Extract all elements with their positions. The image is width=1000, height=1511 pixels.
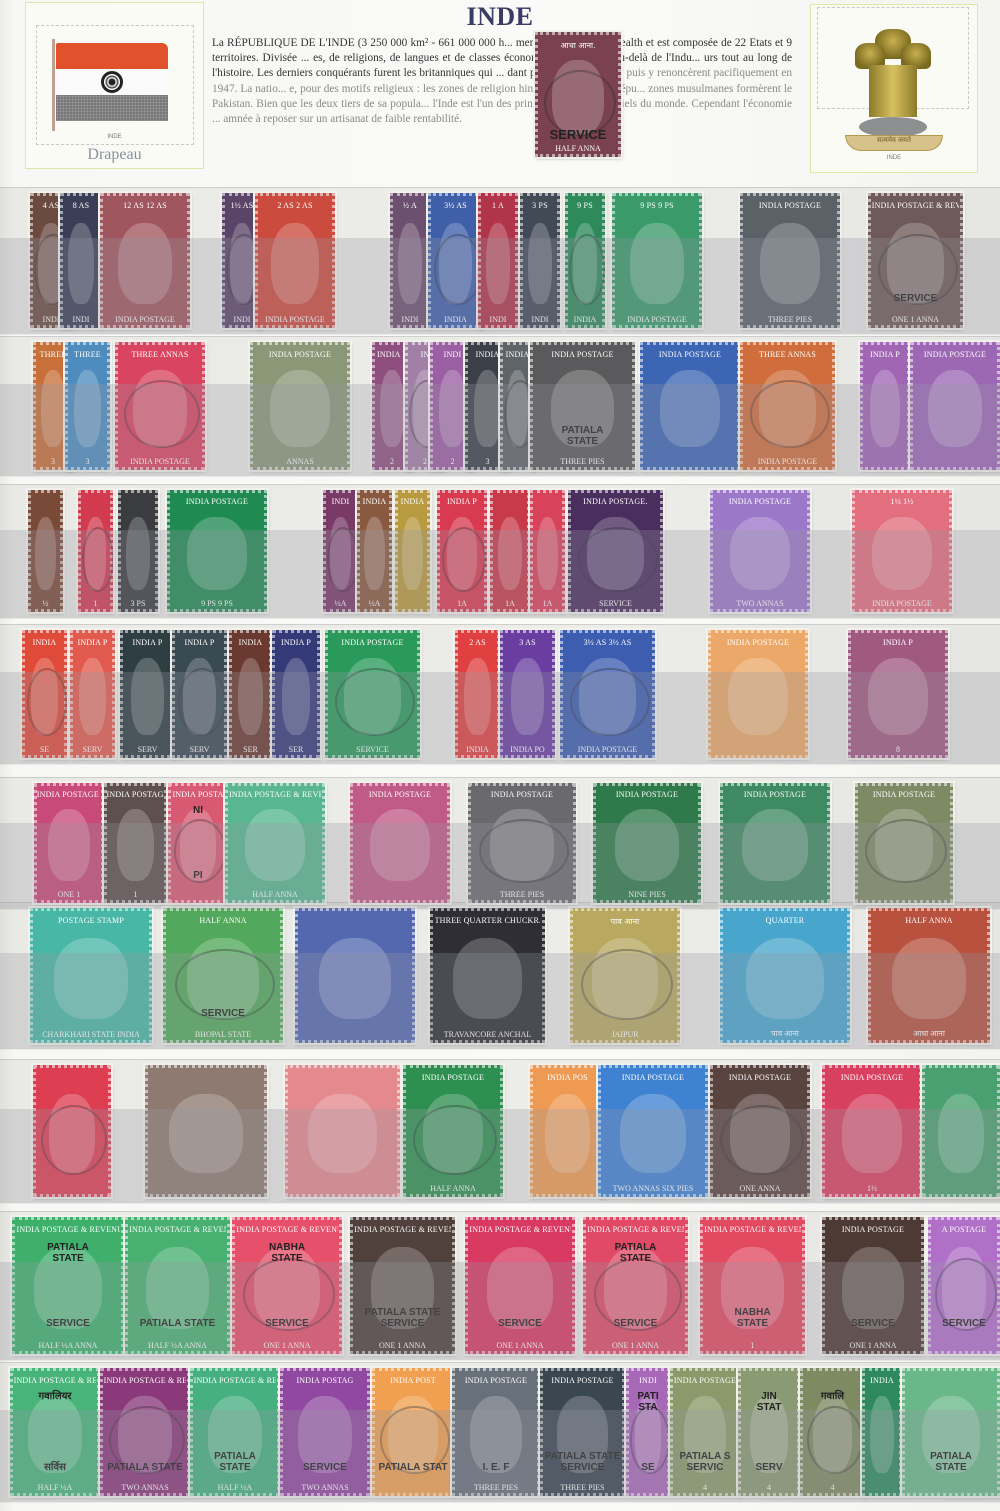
postmark bbox=[578, 527, 658, 592]
stamp: QUARTERपाव आना bbox=[720, 908, 850, 1043]
stamp-value-text: 4 bbox=[800, 1483, 865, 1492]
stamp-value-text: THREE PIES bbox=[468, 890, 576, 899]
stamp: INDIA POSTAGE bbox=[708, 630, 808, 758]
stamp: INDIA POSTAGE1½ bbox=[822, 1065, 922, 1197]
postmark bbox=[750, 380, 830, 448]
postmark bbox=[335, 668, 415, 736]
stamp: INDIA POSTAGE9 PS 9 PS bbox=[167, 490, 267, 612]
stamp-portrait bbox=[868, 658, 928, 735]
stamp: 3 ASINDIA PO bbox=[500, 630, 555, 758]
stamp-overprint-bottom: PATIALA STATE bbox=[902, 1451, 1000, 1473]
stamp-portrait bbox=[282, 658, 311, 735]
stamp-header-text: INDIA POSTAGE & REVENUE bbox=[229, 790, 321, 799]
stamp-header-text: INDIA POSTAGE bbox=[714, 1073, 806, 1082]
stamp-header-text: INDIA POSTAGE & REVENUE bbox=[129, 1225, 226, 1234]
stamp-overprint-top: NI bbox=[168, 805, 228, 816]
stamp-header-text: INDIA POSTAGE & bbox=[37, 790, 101, 799]
stamp-value-text: 3 bbox=[65, 457, 110, 466]
stamp-overprint-bottom: SERVICE bbox=[465, 1318, 575, 1329]
lion-capital-emblem-icon: सत्यमेव जयते bbox=[853, 27, 933, 125]
stamp: 9 PSINDIA bbox=[565, 193, 605, 328]
stamp-portrait bbox=[308, 1094, 377, 1173]
india-flag-icon bbox=[56, 43, 168, 121]
stamp-portrait bbox=[498, 517, 522, 590]
stamp: INDIA POSTAGE.SERVICE bbox=[568, 490, 663, 612]
postmark bbox=[27, 668, 67, 736]
stamp-header-text: INDIA P bbox=[852, 638, 944, 647]
stamp-value-text: SERVICE bbox=[325, 745, 420, 754]
emblem-card: सत्यमेव जयते INDE bbox=[810, 4, 978, 173]
stamp-overprint-top: PATIALA STATE bbox=[12, 1242, 124, 1264]
stamp: INDIA POSTAGE bbox=[640, 342, 740, 470]
stamp: 1½ 1½INDIA POSTAGE bbox=[852, 490, 952, 612]
stamp: INDIA POSTANIPI bbox=[168, 783, 228, 903]
stamp: INDIA POSTAGE &ONE 1 bbox=[34, 783, 104, 903]
stamp-overprint-bottom: PATIALA STATE bbox=[190, 1451, 280, 1473]
stamp: INDIPATI STASE bbox=[626, 1368, 670, 1496]
stamp bbox=[33, 1065, 111, 1197]
stamp: INDIA POSTAGEPATIALA STATE SERVICETHREE … bbox=[540, 1368, 625, 1496]
stamp: 2 ASINDIA bbox=[455, 630, 500, 758]
stamp-value-text: TWO ANNAS bbox=[100, 1483, 190, 1492]
stamp-value-text: 1A bbox=[437, 599, 487, 608]
stamp: पाव आनाJAIPUR bbox=[570, 908, 680, 1043]
stamp-header-text: 3½ AS bbox=[430, 201, 481, 210]
stamp-header-text: INDIA POSTAGE bbox=[826, 1073, 918, 1082]
stamp: INDI½A bbox=[323, 490, 358, 612]
stamp-overprint-bottom: PATIALA STAT bbox=[372, 1462, 454, 1473]
stamp-header-text: INDIA POSTAGE & REVENUE bbox=[16, 1225, 119, 1234]
stamp: INDIA POSTAGETHREE PIES bbox=[740, 193, 840, 328]
stamp-portrait bbox=[74, 370, 101, 447]
stamp-portrait bbox=[928, 370, 982, 447]
stamp-header-text: INDIA POSTAGE bbox=[543, 1376, 621, 1385]
stamp-overprint-bottom: SERVICE bbox=[583, 1318, 688, 1329]
stamp: INDIA POSTAGESERVICE bbox=[325, 630, 420, 758]
abacus-icon bbox=[859, 117, 927, 137]
stamp-portrait bbox=[870, 370, 900, 447]
stamp-portrait bbox=[380, 370, 404, 447]
stamp-header-text: INDIA bbox=[864, 1376, 901, 1385]
stamp-portrait bbox=[271, 223, 319, 304]
stamp-value-text: HALF ANNA bbox=[403, 1184, 503, 1193]
stamp-portrait bbox=[118, 223, 172, 304]
stamp bbox=[285, 1065, 400, 1197]
stamp-portrait bbox=[870, 1396, 894, 1473]
stamp: THREE3 bbox=[65, 342, 110, 470]
stamp-header-text: 9 PS bbox=[567, 201, 604, 210]
stamp-overprint-bottom: PATIALA STATE SERVICE bbox=[350, 1307, 455, 1329]
stamp: ½ AINDI bbox=[390, 193, 430, 328]
stamp: 12 AS 12 ASINDIA POSTAGE bbox=[100, 193, 190, 328]
stamp-header-text: HALF ANNA bbox=[168, 916, 278, 925]
stamp-header-text: QUARTER bbox=[725, 916, 845, 925]
pillar-icon bbox=[869, 65, 917, 117]
stamp-overprint-bottom: SERVICE bbox=[822, 1318, 924, 1329]
stamp: HALF ANNASERVICEBHOPAL STATE bbox=[163, 908, 283, 1043]
stamp: INDIA POSTAGETHREE PIES bbox=[468, 783, 576, 903]
flag-band-green bbox=[56, 95, 168, 121]
stamp-header-text: INDIA POSTAGE & REVENUE bbox=[236, 1225, 337, 1234]
stamp-value-text: ONE 1 ANNA bbox=[822, 1341, 924, 1350]
stamp: INDIA POSTAGENINE PIES bbox=[593, 783, 701, 903]
stamp-overprint-bottom: PATIALA STATE bbox=[125, 1318, 230, 1329]
stamp-header-text: INDIA POSTAGE & REVENUE bbox=[354, 1225, 451, 1234]
stamp-value-text: INDI bbox=[390, 315, 430, 324]
stamp-overprint-top: गवालियर bbox=[10, 1391, 100, 1402]
stamp-header-text: INDIA POSTAGE bbox=[602, 1073, 703, 1082]
stamp: 1A bbox=[490, 490, 530, 612]
stamp-portrait bbox=[620, 1094, 686, 1173]
stamp: INDIA POSTAGE & REVENUEPATIALA STATE SER… bbox=[350, 1217, 455, 1354]
flag-caption: Drapeau bbox=[26, 146, 203, 164]
stamp: INDIA POSTAGSERVICETWO ANNAS bbox=[280, 1368, 370, 1496]
page-header: INDE Drapeau INDE La RÉPUBLIQUE DE L'IND… bbox=[0, 0, 1000, 185]
stamp-portrait bbox=[126, 517, 150, 590]
stamp-value-text: BHOPAL STATE bbox=[163, 1030, 283, 1039]
stamp-header-text: INDIA POSTAGE bbox=[254, 350, 346, 359]
stamp: INDIA bbox=[395, 490, 430, 612]
stamp-value-text: HALF ½A ANNA bbox=[125, 1341, 230, 1350]
stamp-header-text: 1 A bbox=[480, 201, 517, 210]
stamp-value-text: INDIA POSTAGE bbox=[100, 315, 190, 324]
flag-country-label: INDE bbox=[26, 134, 203, 140]
stamp-header-text: HALF ANNA bbox=[873, 916, 985, 925]
stamp-overprint-bottom: PATIALA S SERVIC bbox=[670, 1451, 740, 1473]
stamp-header-text: INDIA POSTAGE bbox=[644, 350, 736, 359]
motto-ribbon: सत्यमेव जयते bbox=[845, 135, 943, 151]
stamp-overprint-bottom: SERV bbox=[738, 1462, 800, 1473]
stamp-portrait bbox=[872, 517, 932, 590]
stamp-header-text: INDIA POSTA bbox=[170, 790, 225, 799]
stamp: 8 ASINDI bbox=[60, 193, 102, 328]
stamp-value-text: SERV bbox=[172, 745, 227, 754]
stamp-portrait bbox=[117, 809, 155, 881]
stamp-value-text: INDIA POSTAGE bbox=[852, 599, 952, 608]
postmark bbox=[327, 527, 359, 592]
stamp-portrait bbox=[728, 658, 788, 735]
stamp-value-text: ONE 1 ANNA bbox=[350, 1341, 455, 1350]
stamp: THREE ANNASINDIA POSTAGE bbox=[740, 342, 835, 470]
stamp-header-text: पाव आना bbox=[574, 916, 675, 927]
stamp-header-text: 2 AS 2 AS bbox=[258, 201, 332, 210]
stamp-value-text: HALF ANNA bbox=[225, 890, 325, 899]
stamp: INDIA POSTAGE & REVENUEPATIALA STATESERV… bbox=[12, 1217, 124, 1354]
stamp-header-text: INDIA POS bbox=[533, 1073, 602, 1082]
stamp-header-text: INDIA POSTAGE bbox=[329, 638, 416, 647]
stamp: 1A bbox=[530, 490, 565, 612]
postmark bbox=[720, 1105, 804, 1175]
stamp-value-text: 1 bbox=[104, 890, 167, 899]
stamp-value-text: SERVICE bbox=[568, 599, 663, 608]
stamp-portrait bbox=[146, 1247, 209, 1329]
stamp-overprint-bottom: SERVICE bbox=[232, 1318, 342, 1329]
stamp-header-text: INDIA POSTAGE & REVENUE bbox=[872, 201, 959, 210]
stamp: 3 PS bbox=[118, 490, 158, 612]
stamp-value-text: SERV bbox=[120, 745, 175, 754]
stamp-value-text: INDIA POSTAGE bbox=[560, 745, 655, 754]
stamp-portrait bbox=[270, 370, 330, 447]
stamp-portrait bbox=[938, 1094, 985, 1173]
stamp: A POSTAGESERVICE bbox=[928, 1217, 1000, 1354]
stamp: INDIA P1A bbox=[437, 490, 487, 612]
stamp-value-text: HALF ½A ANNA bbox=[12, 1341, 124, 1350]
stamp: INDIA PSERV bbox=[70, 630, 115, 758]
stamp-value-text: ½ bbox=[28, 599, 63, 608]
stamp-value-text: THREE PIES bbox=[540, 1483, 625, 1492]
stamp-portrait bbox=[131, 658, 164, 735]
stamp-header-text: INDIA POSTAGE & bbox=[107, 790, 165, 799]
stamp: 1 bbox=[78, 490, 113, 612]
stamp-value-text: INDI bbox=[478, 315, 518, 324]
stamp-header-text: INDIA POSTAGE bbox=[597, 790, 696, 799]
stamp-portrait bbox=[537, 517, 558, 590]
stamp-header-text: INDIA P bbox=[439, 497, 485, 506]
stamp-header-text: INDI bbox=[324, 497, 356, 506]
stamp-header-text: INDIA POSTAGE bbox=[712, 638, 804, 647]
stamp-value-text: 9 PS 9 PS bbox=[167, 599, 267, 608]
stamp: POSTAGE STAMPCHARKHARI STATE INDIA bbox=[30, 908, 152, 1043]
stamp-portrait bbox=[464, 658, 491, 735]
stamp: INDIA POSTAGE & REVENUEHALF ANNA bbox=[225, 783, 325, 903]
stamp-value-text: INDIA POSTAGE bbox=[115, 457, 205, 466]
stamp: INDIA POSTAGEPATIALA S SERVIC4 bbox=[670, 1368, 740, 1496]
stamp-portrait bbox=[545, 1094, 590, 1173]
stamp: PATIALA STATE bbox=[902, 1368, 1000, 1496]
stamp-portrait bbox=[319, 938, 391, 1019]
stamp-header-text: INDIA POSTAGE bbox=[354, 790, 446, 799]
stamp-value-text: SE bbox=[22, 745, 67, 754]
stamp-header-text: THREE QUARTER CHUCKRAM bbox=[435, 916, 541, 925]
album-page: INDE Drapeau INDE La RÉPUBLIQUE DE L'IND… bbox=[0, 0, 1000, 1511]
stamp-overprint-bottom: सर्विस bbox=[10, 1462, 100, 1473]
stamp-overprint: SERVICE bbox=[535, 129, 621, 140]
stamp-portrait bbox=[511, 658, 544, 735]
stamp-value-text: TWO ANNAS bbox=[280, 1483, 370, 1492]
stamp: 9 PS 9 PSINDIA POSTAGE bbox=[612, 193, 702, 328]
stamp-header-text: INDIA POSTAGE bbox=[859, 790, 949, 799]
stamp-header-text: INDIA POSTAGE & REVENUE bbox=[587, 1225, 684, 1234]
stamp: INDIA POSTAGE & REVENUEगवालियरसर्विसHALF… bbox=[10, 1368, 100, 1496]
stamp bbox=[295, 908, 415, 1043]
stamp-value-text: ONE 1 ANNA bbox=[868, 315, 963, 324]
stamp-value-text: 4 bbox=[738, 1483, 800, 1492]
stamp-overprint-bottom: I. E. F bbox=[452, 1462, 540, 1473]
stamp-portrait bbox=[370, 809, 430, 881]
ashoka-chakra-icon bbox=[101, 71, 123, 93]
stamp: गवालि4 bbox=[800, 1368, 865, 1496]
stamp-value-text: ½A bbox=[357, 599, 392, 608]
stamp-header-text: 1½ 1½ bbox=[856, 497, 948, 506]
stamp: INDIA POSTAGE bbox=[910, 342, 1000, 470]
stamp-value-text: 4 bbox=[670, 1483, 740, 1492]
stamp-value-text: INDIA POSTAGE bbox=[255, 315, 335, 324]
postmark bbox=[178, 668, 226, 736]
stamp-value-text: 1A bbox=[530, 599, 565, 608]
stamp: INDIA POS bbox=[530, 1065, 605, 1197]
postmark bbox=[442, 527, 486, 592]
stamp-portrait bbox=[660, 370, 720, 447]
stamp-value-text: HALF ANNA bbox=[535, 144, 621, 153]
stamp: INDIA POSTAGE & REVENUENABHA STATESERVIC… bbox=[232, 1217, 342, 1354]
stamp: INDIASER bbox=[229, 630, 272, 758]
stamp-value-text: SER bbox=[272, 745, 320, 754]
stamp: INDIA POSTAGE & REVENUEPATIALA STATESERV… bbox=[583, 1217, 688, 1354]
stamp-overprint-top: PATI STA bbox=[626, 1391, 670, 1413]
stamp-overprint-bottom: SERVICE bbox=[280, 1462, 370, 1473]
stamp: ½ bbox=[28, 490, 63, 612]
stamp-value-text: INDI bbox=[60, 315, 102, 324]
stamp-overprint-bottom: NABHA STATE bbox=[700, 1307, 805, 1329]
stamp-header-text: 3 PS bbox=[522, 201, 559, 210]
stamp-header-text: INDI bbox=[628, 1376, 669, 1385]
stamp-value-text: 1 bbox=[700, 1341, 805, 1350]
postmark bbox=[434, 234, 482, 306]
stamp-header-text: INDIA POSTAGE & REVENUE bbox=[14, 1376, 97, 1385]
stamp-value-text: TRAVANCORE ANCHAL bbox=[430, 1030, 545, 1039]
stamp: INDIA POSTAGESERVICEONE 1 ANNA bbox=[822, 1217, 924, 1354]
stamp-header-text: INDIA POSTAGE bbox=[673, 1376, 737, 1385]
stamp-header-text: POSTAGE STAMP bbox=[35, 916, 147, 925]
stamp-header-text: INDIA POSTAGE bbox=[826, 1225, 920, 1234]
stamp-portrait bbox=[487, 1247, 553, 1329]
stamp-value-text: ONE 1 ANNA bbox=[232, 1341, 342, 1350]
stamp: INDIA POSTAGE & REVENUEPATIALA STATEHALF… bbox=[125, 1217, 230, 1354]
stamp-portrait bbox=[474, 370, 501, 447]
stamp: 1 AINDI bbox=[478, 193, 518, 328]
stamp-portrait bbox=[453, 938, 522, 1019]
stamp-value-text: THREE PIES bbox=[740, 315, 840, 324]
stamp: INDIA POSTAGEHALF ANNA bbox=[403, 1065, 503, 1197]
flag-band-saffron bbox=[56, 43, 168, 69]
stamp-header-text: INDIA POSTAGE. bbox=[572, 497, 659, 506]
stamp-value-text: 1A bbox=[490, 599, 530, 608]
flag-pole bbox=[52, 39, 55, 131]
stamp-header-text: 3 AS bbox=[502, 638, 553, 647]
stamp-value-text: HALF ½A bbox=[190, 1483, 280, 1492]
stamp-value-text: 8 bbox=[848, 745, 948, 754]
stamp: INDIA POSTAGEI. E. FTHREE PIES bbox=[452, 1368, 540, 1496]
stamp-header-text: INDIA POSTAGE bbox=[407, 1073, 499, 1082]
stamp-portrait bbox=[169, 1094, 242, 1173]
stamp-header-text: THREE ANNAS bbox=[119, 350, 202, 359]
stamp-overprint-bottom: PATIALA STATE bbox=[100, 1462, 190, 1473]
stamp: INDIA PSERV bbox=[120, 630, 175, 758]
stamp-portrait bbox=[760, 223, 820, 304]
postmark bbox=[82, 527, 114, 592]
stamp-header-text: 9 PS 9 PS bbox=[616, 201, 699, 210]
stamp: INDIA POSTAGE & REVENPATIALA STATETWO AN… bbox=[100, 1368, 190, 1496]
stamp-header-text: INDIA POSTAGE & REVENUE bbox=[469, 1225, 570, 1234]
stamp-value-text: SER bbox=[229, 745, 272, 754]
stamp-header-text: 8 AS bbox=[62, 201, 101, 210]
stamp-value-text: TWO ANNAS SIX PIES bbox=[598, 1184, 708, 1193]
stamp-overprint-top: गवालि bbox=[800, 1391, 865, 1402]
stamp: INDIA bbox=[862, 1368, 902, 1496]
stamp-value-text: SERV bbox=[70, 745, 115, 754]
stamp-header-text: INDIA POSTAGE bbox=[456, 1376, 537, 1385]
stamp-value-text: 1 bbox=[78, 599, 113, 608]
stamp-portrait bbox=[54, 938, 127, 1019]
stamp-value-text: पाव आना bbox=[720, 1028, 850, 1039]
postmark bbox=[41, 1105, 107, 1175]
postmark bbox=[479, 819, 569, 883]
stamp: THREE ANNASINDIA POSTAGE bbox=[115, 342, 205, 470]
stamp-overprint-bottom: PATIALA STATE SERVICE bbox=[540, 1451, 625, 1473]
stamp-portrait bbox=[402, 517, 423, 590]
stamp-indore-service: आधा आना. SERVICE HALF ANNA bbox=[535, 32, 621, 157]
stamp-portrait bbox=[238, 658, 264, 735]
stamp-header-text: INDIA POSTAGE & REVE bbox=[194, 1376, 277, 1385]
stamp-value-text: ONE 1 ANNA bbox=[583, 1341, 688, 1350]
stamp-value-text: INDIA bbox=[565, 315, 605, 324]
stamp-portrait bbox=[746, 938, 824, 1019]
stamp-value-text: THREE PIES bbox=[452, 1483, 540, 1492]
stamp: INDIA POSTAGE bbox=[350, 783, 450, 903]
stamp bbox=[145, 1065, 267, 1197]
stamp-header-text: INDIA P bbox=[862, 350, 908, 359]
stamp-portrait bbox=[630, 223, 684, 304]
stamp-header-text: INDIA POSTAGE & REVEN bbox=[104, 1376, 187, 1385]
stamp-portrait bbox=[79, 658, 106, 735]
postmark bbox=[807, 1406, 863, 1474]
stamp-portrait bbox=[439, 370, 466, 447]
stamp: INDIA POSTAGEONE ANNA bbox=[710, 1065, 810, 1197]
stamp-value-text: INDIA bbox=[455, 745, 500, 754]
stamp: HALF ANNAआधा आना bbox=[868, 908, 990, 1043]
stamp-header-text: INDIA bbox=[501, 350, 533, 359]
stamp: 2 AS 2 ASINDIA POSTAGE bbox=[255, 193, 335, 328]
stamp-value-text: ANNAS bbox=[250, 457, 350, 466]
stamp-header-text: INDIA P bbox=[72, 638, 113, 647]
stamp-value-text: आधा आना bbox=[868, 1028, 990, 1039]
stamp-header-text: A POSTAGE bbox=[931, 1225, 997, 1234]
stamp-overprint-bottom: PI bbox=[168, 870, 228, 881]
stamp-value-text: INDIA PO bbox=[500, 745, 555, 754]
intro-paragraph: La RÉPUBLIQUE DE L'INDE (3 250 000 km² -… bbox=[212, 36, 792, 127]
stamp-portrait bbox=[48, 809, 90, 881]
stamp-portrait bbox=[892, 938, 965, 1019]
stamp-header-text: INDIA POSTAGE bbox=[171, 497, 263, 506]
stamp: INDIA PSER bbox=[272, 630, 320, 758]
stamp: INDIA POSTAGE & REVENUESERVICEONE 1 ANNA bbox=[465, 1217, 575, 1354]
stamp-overprint-bottom: PATIALA STATE bbox=[530, 425, 635, 447]
stamp-overprint-top: PATIALA STATE bbox=[583, 1242, 688, 1264]
stamp-overprint-top: JIN STAT bbox=[738, 1391, 800, 1413]
stamp-value-text: CHARKHARI STATE INDIA bbox=[30, 1030, 152, 1039]
stamp-portrait bbox=[528, 223, 552, 304]
stamp-portrait bbox=[68, 223, 93, 304]
stamp: INDIASE bbox=[22, 630, 67, 758]
stamp-portrait bbox=[742, 809, 808, 881]
stamp-value-text: INDIA bbox=[428, 315, 483, 324]
stamp: 3½ ASINDIA bbox=[428, 193, 483, 328]
stamp-overprint-bottom: SERVICE bbox=[928, 1318, 1000, 1329]
stamp: INDIA POSTAGE bbox=[855, 783, 953, 903]
stamp-overprint-bottom: SERVICE bbox=[868, 293, 963, 304]
stamp: INDIA POSTAGE & REVEPATIALA STATEHALF ½A bbox=[190, 1368, 280, 1496]
stamp: THREE QUARTER CHUCKRAMTRAVANCORE ANCHAL bbox=[430, 908, 545, 1043]
stamp-value-text: ONE 1 bbox=[34, 890, 104, 899]
stamp: INDIA½A bbox=[357, 490, 392, 612]
stamp-value-text: TWO ANNAS bbox=[710, 599, 810, 608]
stamp-portrait bbox=[35, 517, 56, 590]
stamp-header-text: INDIA P bbox=[274, 638, 318, 647]
stamp-value-text: HALF ½A bbox=[10, 1483, 100, 1492]
stamp: INDIA POSTPATIALA STAT bbox=[372, 1368, 454, 1496]
stamp-header-text: INDIA POSTAGE bbox=[472, 790, 571, 799]
stamp-header-text: INDIA bbox=[358, 497, 390, 506]
